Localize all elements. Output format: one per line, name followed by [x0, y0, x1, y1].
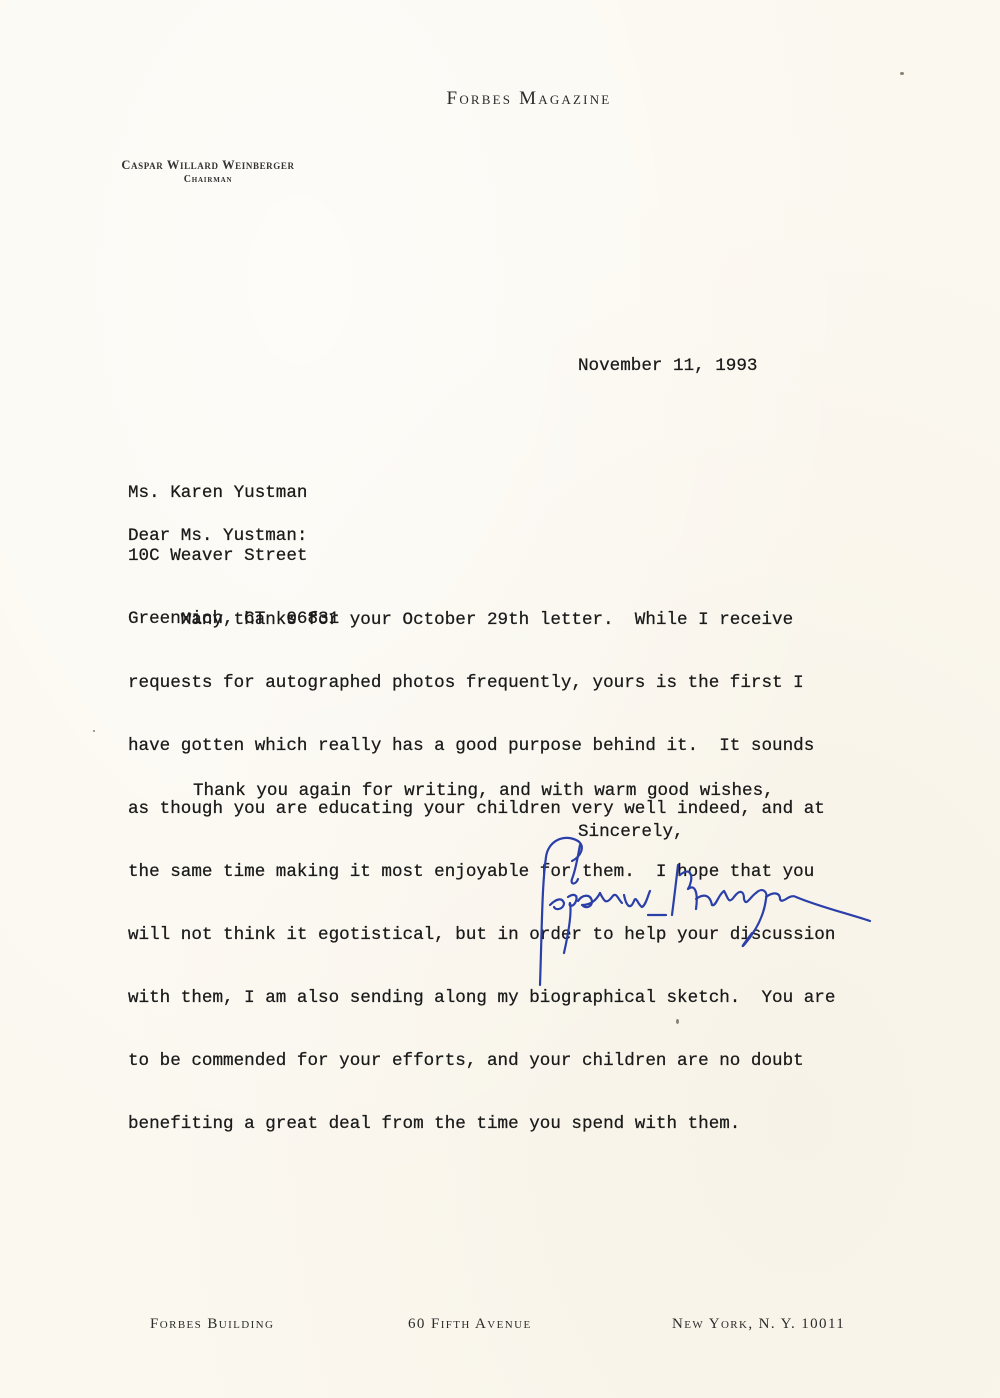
paper-speck: [93, 730, 95, 732]
paper-speck: [900, 72, 904, 75]
body-line: as though you are educating your childre…: [128, 799, 835, 820]
letterhead-masthead: Forbes Magazine: [0, 88, 1000, 110]
recipient-street: 10C Weaver Street: [128, 546, 339, 567]
handwritten-signature: Caspar W. Weinberger: [520, 835, 880, 995]
sender-title: Chairman: [88, 174, 328, 185]
footer-city: New York, N. Y. 10011: [672, 1316, 845, 1333]
body-line: have gotten which really has a good purp…: [128, 736, 835, 757]
body-line: Many thanks for your October 29th letter…: [128, 610, 835, 631]
footer-street: 60 Fifth Avenue: [408, 1316, 532, 1333]
letter-page: Forbes Magazine Caspar Willard Weinberge…: [0, 0, 1000, 1398]
closing-line: Thank you again for writing, and with wa…: [193, 781, 774, 802]
body-line: requests for autographed photos frequent…: [128, 673, 835, 694]
recipient-name: Ms. Karen Yustman: [128, 483, 339, 504]
sender-name: Caspar Willard Weinberger: [88, 158, 328, 173]
salutation: Dear Ms. Yustman:: [128, 526, 308, 547]
letter-date: November 11, 1993: [578, 356, 758, 377]
body-line: benefiting a great deal from the time yo…: [128, 1114, 835, 1135]
paper-speck: [676, 1019, 679, 1024]
body-line: to be commended for your efforts, and yo…: [128, 1051, 835, 1072]
footer-building: Forbes Building: [150, 1316, 274, 1333]
letterhead-officer: Caspar Willard Weinberger Chairman: [88, 158, 328, 185]
